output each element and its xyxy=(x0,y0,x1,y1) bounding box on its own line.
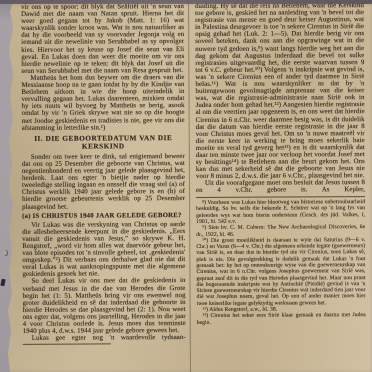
margin-ink-mark xyxy=(3,250,8,257)
section-heading: II. DIE GEBOORTEDATUM VAN DIE KERSKIND xyxy=(24,134,183,152)
page-content: vir ons op te spoor: dit blyk dat Seälti… xyxy=(9,0,372,372)
footnote-separator-rule xyxy=(196,196,365,198)
paper-sheet: vir ons op te spoor: dit blyk dat Seälti… xyxy=(0,1,372,372)
footnote: ⁸) Voorheen was Lukas hier blootweg van … xyxy=(196,199,365,225)
scan-edge-shadow xyxy=(0,0,372,4)
paragraph: Vir Lukas was die verskyning van Christu… xyxy=(22,221,185,279)
left-column: vir ons op te spoor: dit blyk dat Seälti… xyxy=(9,1,189,372)
margin-ink-mark xyxy=(0,279,5,287)
paragraph: So deel Lukas vir ons mee dat die geskie… xyxy=(22,277,185,335)
paragraph: Mattheüs het hom dus beywer om die draer… xyxy=(21,74,184,132)
right-column: duiding. Hy sê dat die reis na Betlehem,… xyxy=(191,0,372,372)
paragraph-partial: Lukas gee egter nog 'n waardevolle tydsa… xyxy=(23,334,186,342)
paragraph-continuation: vir ons op te spoor: dit blyk dat Seälti… xyxy=(21,3,184,75)
footnote: ⁹) Sien bv. C. M. Cobern: The New Archae… xyxy=(196,224,365,237)
paragraph-continuation: duiding. Hy sê dat die reis na Betlehem,… xyxy=(195,2,365,180)
paragraph-partial: Uit die voorafgegane moet ons besluit da… xyxy=(196,179,365,194)
footnote-separator-rule xyxy=(23,344,111,345)
footnote: ¹⁰) Die groot moeilikheid is daaraan te … xyxy=(196,237,365,307)
scanned-document-page: vir ons op te spoor: dit blyk dat Seälti… xyxy=(0,0,372,372)
footnote: ¹²) Cirenius het seker eers Sirië klaar … xyxy=(197,312,366,325)
paragraph: Sonder om twee keer te dink, sal enigiem… xyxy=(22,153,185,211)
section-subheading: (a) IS CHRISTUS 1940 JAAR GELEDE GEBORE? xyxy=(22,212,185,220)
